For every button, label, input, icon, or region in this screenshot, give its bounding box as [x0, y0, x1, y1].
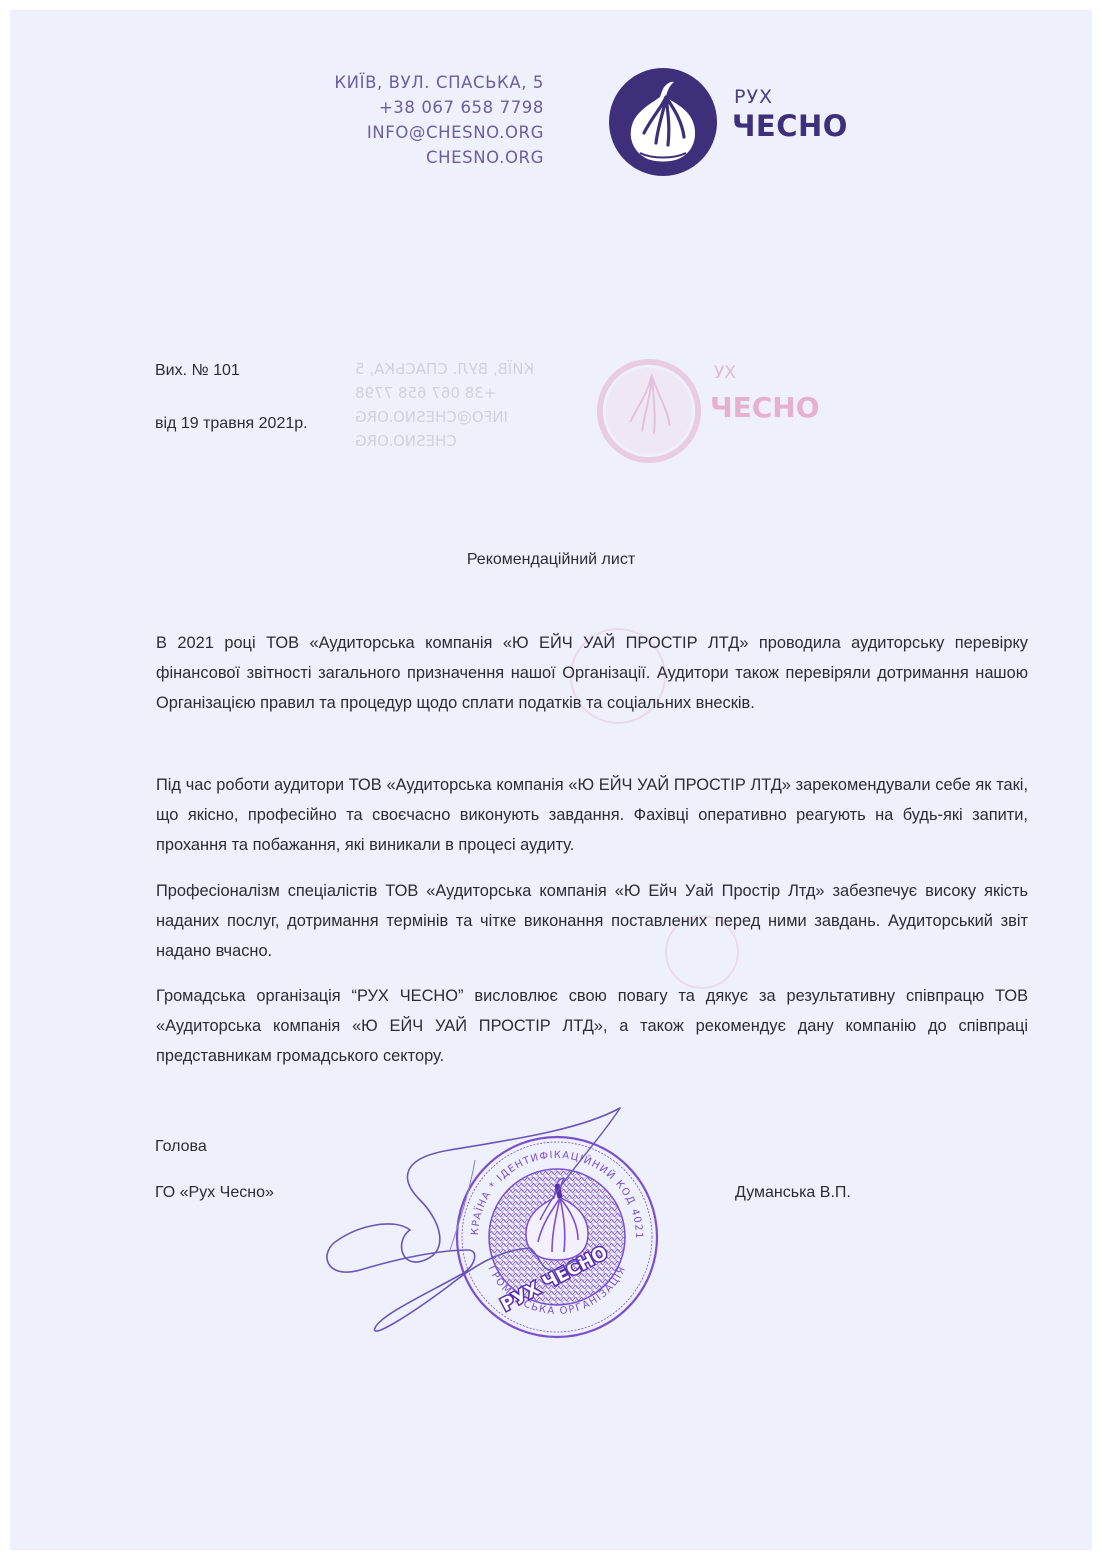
- contact-email: INFO@CHESNO.ORG: [334, 120, 544, 145]
- brand-name-small: РУХ: [734, 86, 773, 108]
- signatory-role: Голова: [155, 1138, 207, 1156]
- signatory-name: Думанська В.П.: [735, 1184, 851, 1202]
- letter-title: Рекомендаційний лист: [10, 551, 1092, 569]
- bleed-through-brand-large: ЧЕСНО: [710, 391, 820, 424]
- contact-phone: +38 067 658 7798: [334, 95, 544, 120]
- contact-address: КИЇВ, ВУЛ. СПАСЬКА, 5: [334, 70, 544, 95]
- letter-page: КИЇВ, ВУЛ. СПАСЬКА, 5 +38 067 658 7798 I…: [10, 10, 1092, 1550]
- handwritten-signature: [300, 1100, 630, 1340]
- letter-date: від 19 травня 2021р.: [155, 415, 308, 433]
- outgoing-number: Вих. № 101: [155, 362, 240, 380]
- bleed-through-brand-small: УХ: [714, 363, 736, 383]
- paragraph: Громадська організація “РУХ ЧЕСНО” висло…: [156, 981, 1028, 1071]
- paragraph: В 2021 році ТОВ «Аудиторська компанія «Ю…: [156, 628, 1028, 718]
- contact-website: CHESNO.ORG: [334, 145, 544, 170]
- bleed-through-contacts: КИЇВ, ВУЛ. СПАСЬКА, 5 +38 067 658 7798 I…: [355, 357, 565, 453]
- brand-name-large: ЧЕСНО: [732, 109, 848, 143]
- paragraph: Професіоналізм спеціалістів ТОВ «Аудитор…: [156, 876, 1028, 966]
- garlic-logo-icon: [608, 67, 718, 177]
- letterhead-contacts: КИЇВ, ВУЛ. СПАСЬКА, 5 +38 067 658 7798 I…: [334, 70, 544, 170]
- bleed-through-logo-icon: [595, 355, 703, 467]
- signatory-organization: ГО «Рух Чесно»: [155, 1184, 274, 1202]
- paragraph: Під час роботи аудитори ТОВ «Аудиторська…: [156, 770, 1028, 860]
